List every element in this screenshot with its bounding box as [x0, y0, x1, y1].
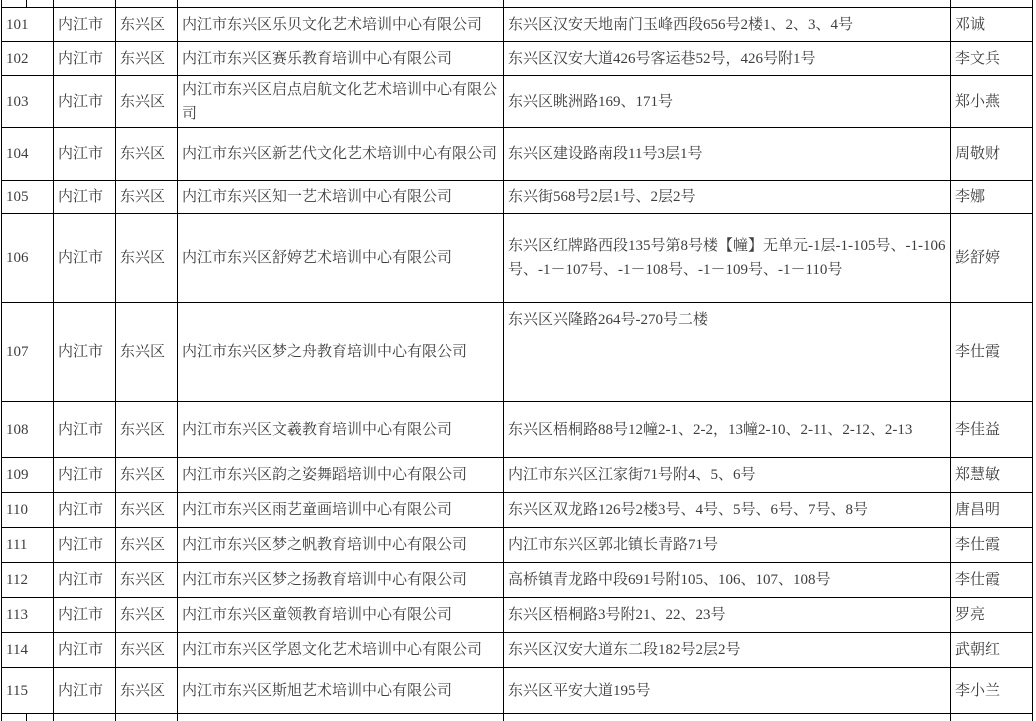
table-row: 101内江市东兴区内江市东兴区乐贝文化艺术培训中心有限公司东兴区汉安天地南门玉峰…: [2, 8, 1033, 42]
training-centers-table: 101内江市东兴区内江市东兴区乐贝文化艺术培训中心有限公司东兴区汉安天地南门玉峰…: [1, 0, 1033, 721]
company-name-cell: 内江市东兴区文羲教育培训中心有限公司: [178, 402, 504, 458]
contact-name-cell: 武朝红: [951, 633, 1033, 668]
table-row: 103内江市东兴区内江市东兴区启点启航文化艺术培训中心有限公司东兴区眺洲路169…: [2, 76, 1033, 128]
district-cell: 东兴区: [116, 528, 178, 563]
city-cell: 内江市: [54, 458, 116, 493]
company-name-cell: 内江市东兴区舒婷艺术培训中心有限公司: [178, 214, 504, 303]
partial-cell: [2, 0, 54, 8]
company-name-cell: 内江市东兴区学恩文化艺术培训中心有限公司: [178, 633, 504, 668]
district-cell: 东兴区: [116, 493, 178, 528]
address-cell: 东兴区兴隆路264号-270号二楼: [504, 303, 951, 402]
district-cell: 东兴区: [116, 563, 178, 598]
table-row: 115内江市东兴区内江市东兴区斯旭艺术培训中心有限公司东兴区平安大道195号李小…: [2, 668, 1033, 714]
address-cell: 内江市东兴区郭北镇长青路71号: [504, 528, 951, 563]
address-cell: 高桥镇青龙路中段691号附105、106、107、108号: [504, 563, 951, 598]
contact-name-cell: 李小兰: [951, 668, 1033, 714]
district-cell: 东兴区: [116, 402, 178, 458]
company-name-cell: 内江市东兴区知一艺术培训中心有限公司: [178, 181, 504, 214]
city-cell: 内江市: [54, 76, 116, 128]
address-cell: 东兴街568号2层1号、2层2号: [504, 181, 951, 214]
row-index-cell: 108: [2, 402, 54, 458]
contact-name-cell: 郑慧敏: [951, 458, 1033, 493]
district-cell: 东兴区: [116, 76, 178, 128]
district-cell: 东兴区: [116, 598, 178, 633]
table-row: 105内江市东兴区内江市东兴区知一艺术培训中心有限公司东兴街568号2层1号、2…: [2, 181, 1033, 214]
city-cell: 内江市: [54, 181, 116, 214]
table-row: 111内江市东兴区内江市东兴区梦之帆教育培训中心有限公司内江市东兴区郭北镇长青路…: [2, 528, 1033, 563]
table-row: 107内江市东兴区内江市东兴区梦之舟教育培训中心有限公司东兴区兴隆路264号-2…: [2, 303, 1033, 402]
table-row: 114内江市东兴区内江市东兴区学恩文化艺术培训中心有限公司东兴区汉安大道东二段1…: [2, 633, 1033, 668]
row-index-cell: 107: [2, 303, 54, 402]
row-index-cell: 106: [2, 214, 54, 303]
contact-name-cell: 郑小燕: [951, 76, 1033, 128]
table-row: 109内江市东兴区内江市东兴区韵之姿舞蹈培训中心有限公司内江市东兴区江家街71号…: [2, 458, 1033, 493]
address-cell: 内江市东兴区江家街71号附4、5、6号: [504, 458, 951, 493]
row-index-cell: 112: [2, 563, 54, 598]
row-index-cell: 111: [2, 528, 54, 563]
address-cell: 东兴区眺洲路169、171号: [504, 76, 951, 128]
contact-name-cell: 李娜: [951, 181, 1033, 214]
address-cell: 东兴区建设路南段11号3层1号: [504, 128, 951, 181]
table-row: 110内江市东兴区内江市东兴区雨艺童画培训中心有限公司东兴区双龙路126号2楼3…: [2, 493, 1033, 528]
city-cell: 内江市: [54, 214, 116, 303]
partial-cell: [951, 0, 1033, 8]
partial-cell: [178, 0, 504, 8]
company-name-cell: 内江市东兴区斯旭艺术培训中心有限公司: [178, 668, 504, 714]
table-row: 113内江市东兴区内江市东兴区童领教育培训中心有限公司东兴区梧桐路3号附21、2…: [2, 598, 1033, 633]
district-cell: 东兴区: [116, 668, 178, 714]
district-cell: 东兴区: [116, 181, 178, 214]
city-cell: 内江市: [54, 402, 116, 458]
district-cell: 东兴区: [116, 8, 178, 42]
partial-cell-divider: [2, 0, 27, 7]
contact-name-cell: 李佳益: [951, 402, 1033, 458]
address-cell: 东兴区汉安天地南门玉峰西段656号2楼1、2、3、4号: [504, 8, 951, 42]
address-cell: 东兴区汉安大道东二段182号2层2号: [504, 633, 951, 668]
contact-name-cell: 李仕霞: [951, 528, 1033, 563]
contact-name-cell: 彭舒婷: [951, 214, 1033, 303]
address-cell: 东兴区平安大道195号: [504, 668, 951, 714]
city-cell: 内江市: [54, 303, 116, 402]
partial-cell: [54, 714, 116, 721]
partial-row-bottom: [2, 714, 1033, 721]
partial-cell: [2, 714, 54, 721]
contact-name-cell: 罗亮: [951, 598, 1033, 633]
address-cell: 东兴区梧桐路3号附21、22、23号: [504, 598, 951, 633]
company-name-cell: 内江市东兴区梦之舟教育培训中心有限公司: [178, 303, 504, 402]
row-index-cell: 103: [2, 76, 54, 128]
table-row: 112内江市东兴区内江市东兴区梦之扬教育培训中心有限公司高桥镇青龙路中段691号…: [2, 563, 1033, 598]
row-index-cell: 102: [2, 42, 54, 76]
contact-name-cell: 李文兵: [951, 42, 1033, 76]
city-cell: 内江市: [54, 633, 116, 668]
company-name-cell: 内江市东兴区梦之帆教育培训中心有限公司: [178, 528, 504, 563]
district-cell: 东兴区: [116, 42, 178, 76]
city-cell: 内江市: [54, 668, 116, 714]
contact-name-cell: 唐昌明: [951, 493, 1033, 528]
city-cell: 内江市: [54, 598, 116, 633]
address-cell: 东兴区红牌路西段135号第8号楼【幢】无单元-1层-1-105号、-1-106号…: [504, 214, 951, 303]
company-name-cell: 内江市东兴区童领教育培训中心有限公司: [178, 598, 504, 633]
partial-cell: [951, 714, 1033, 721]
address-cell: 东兴区双龙路126号2楼3号、4号、5号、6号、7号、8号: [504, 493, 951, 528]
company-name-cell: 内江市东兴区赛乐教育培训中心有限公司: [178, 42, 504, 76]
row-index-cell: 105: [2, 181, 54, 214]
row-index-cell: 114: [2, 633, 54, 668]
city-cell: 内江市: [54, 42, 116, 76]
contact-name-cell: 周敬财: [951, 128, 1033, 181]
district-cell: 东兴区: [116, 303, 178, 402]
district-cell: 东兴区: [116, 128, 178, 181]
row-index-cell: 109: [2, 458, 54, 493]
partial-cell: [116, 0, 178, 8]
contact-name-cell: 邓诚: [951, 8, 1033, 42]
partial-cell-divider: [2, 714, 27, 721]
city-cell: 内江市: [54, 528, 116, 563]
company-name-cell: 内江市东兴区新艺代文化艺术培训中心有限公司: [178, 128, 504, 181]
partial-cell: [116, 714, 178, 721]
table-row: 108内江市东兴区内江市东兴区文羲教育培训中心有限公司东兴区梧桐路88号12幢2…: [2, 402, 1033, 458]
table-sheet: 101内江市东兴区内江市东兴区乐贝文化艺术培训中心有限公司东兴区汉安天地南门玉峰…: [0, 0, 1036, 721]
district-cell: 东兴区: [116, 214, 178, 303]
company-name-cell: 内江市东兴区启点启航文化艺术培训中心有限公司: [178, 76, 504, 128]
district-cell: 东兴区: [116, 458, 178, 493]
company-name-cell: 内江市东兴区雨艺童画培训中心有限公司: [178, 493, 504, 528]
contact-name-cell: 李仕霞: [951, 563, 1033, 598]
row-index-cell: 110: [2, 493, 54, 528]
contact-name-cell: 李仕霞: [951, 303, 1033, 402]
row-index-cell: 115: [2, 668, 54, 714]
row-index-cell: 101: [2, 8, 54, 42]
city-cell: 内江市: [54, 8, 116, 42]
company-name-cell: 内江市东兴区韵之姿舞蹈培训中心有限公司: [178, 458, 504, 493]
city-cell: 内江市: [54, 493, 116, 528]
company-name-cell: 内江市东兴区梦之扬教育培训中心有限公司: [178, 563, 504, 598]
table-row: 106内江市东兴区内江市东兴区舒婷艺术培训中心有限公司东兴区红牌路西段135号第…: [2, 214, 1033, 303]
district-cell: 东兴区: [116, 633, 178, 668]
partial-cell: [54, 0, 116, 8]
row-index-cell: 113: [2, 598, 54, 633]
address-cell: 东兴区梧桐路88号12幢2-1、2-2，13幢2-10、2-11、2-12、2-…: [504, 402, 951, 458]
city-cell: 内江市: [54, 563, 116, 598]
table-row: 104内江市东兴区内江市东兴区新艺代文化艺术培训中心有限公司东兴区建设路南段11…: [2, 128, 1033, 181]
partial-cell: [178, 714, 504, 721]
table-row: 102内江市东兴区内江市东兴区赛乐教育培训中心有限公司东兴区汉安大道426号客运…: [2, 42, 1033, 76]
partial-cell: [504, 0, 951, 8]
company-name-cell: 内江市东兴区乐贝文化艺术培训中心有限公司: [178, 8, 504, 42]
partial-cell: [504, 714, 951, 721]
partial-row-top: [2, 0, 1033, 8]
city-cell: 内江市: [54, 128, 116, 181]
address-cell: 东兴区汉安大道426号客运巷52号，426号附1号: [504, 42, 951, 76]
row-index-cell: 104: [2, 128, 54, 181]
